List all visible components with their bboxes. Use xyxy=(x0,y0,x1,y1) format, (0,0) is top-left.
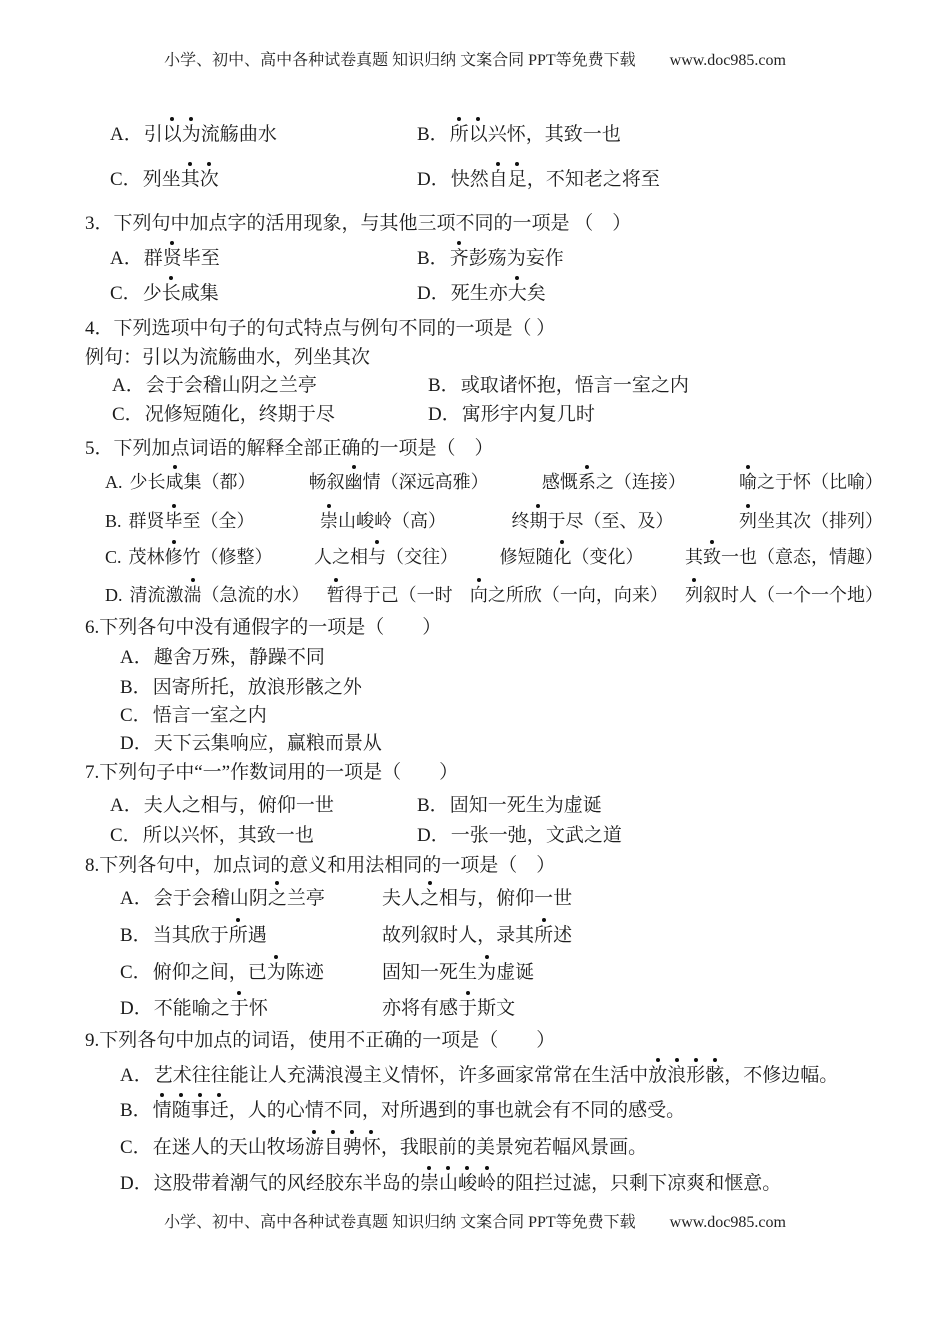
question-8-stem: 8.下列各句中，加点词的意义和用法相同的一项是（ ） xyxy=(85,853,555,880)
question-3-stem: 3．下列句中加点字的活用现象，与其他三项不同的一项是 （ ） xyxy=(85,211,631,238)
option-text: 寓形宇内复几时 xyxy=(462,404,595,425)
question-6-option-d: D．天下云集响应，赢粮而景从 xyxy=(120,731,382,758)
question-2-option-d: D．快然自足，不知老之将至 xyxy=(417,167,660,194)
question-7-option-a: A．夫人之相与，俯仰一世 xyxy=(110,793,334,820)
option-text: 故列叙时人，录其所述 xyxy=(382,925,572,946)
option-text: 群贤毕至 xyxy=(144,248,220,269)
question-8-option-d-right: 亦将有感于斯文 xyxy=(382,996,515,1023)
option-text: 悟言一室之内 xyxy=(153,705,267,726)
question-8-option-a-right: 夫人之相与，俯仰一世 xyxy=(382,886,572,913)
question-3-option-b: B．齐彭殇为妄作 xyxy=(417,246,564,273)
gloss-item: 终期于尽（至、及） xyxy=(511,509,673,534)
option-text: 所以兴怀，其致一也 xyxy=(450,124,621,145)
question-8-option-d-left: D．不能喻之于怀 xyxy=(120,996,268,1023)
gloss-item: 少长咸集（都） xyxy=(130,472,256,492)
option-text: 不能喻之于怀 xyxy=(154,998,268,1019)
page-header: 小学、初中、高中各种试卷真题 知识归纳 文案合同 PPT等免费下载www.doc… xyxy=(0,50,950,72)
option-text: 夫人之相与，俯仰一世 xyxy=(144,795,334,816)
option-text: 这股带着潮气的风经胶东半岛的崇山峻岭的阻拦过滤，只剩下凉爽和惬意。 xyxy=(154,1173,782,1194)
option-text: 一张一弛，文武之道 xyxy=(451,825,622,846)
question-3-option-c: C．少长咸集 xyxy=(110,281,219,308)
option-text: 齐彭殇为妄作 xyxy=(450,248,564,269)
gloss-item: 群贤毕至（全） xyxy=(129,511,255,531)
page-footer: 小学、初中、高中各种试卷真题 知识归纳 文案合同 PPT等免费下载www.doc… xyxy=(0,1212,950,1234)
gloss-item: 人之相与（交往） xyxy=(314,545,458,570)
question-5-stem: 5．下列加点词语的解释全部正确的一项是（ ） xyxy=(85,436,494,463)
question-6-option-b: B．因寄所托，放浪形骸之外 xyxy=(120,675,362,702)
question-7-option-c: C．所以兴怀，其致一也 xyxy=(110,823,314,850)
gloss-item: 其致一也（意态，情趣） xyxy=(685,545,883,570)
question-9-option-b: B．情随事迁，人的心情不同，对所遇到的事也就会有不同的感受。 xyxy=(120,1098,685,1125)
question-3-option-d: D．死生亦大矣 xyxy=(417,281,546,308)
gloss-item: 列叙时人（一个一个地） xyxy=(685,583,883,608)
question-2-option-b: B．所以兴怀，其致一也 xyxy=(417,122,621,149)
exam-page: 小学、初中、高中各种试卷真题 知识归纳 文案合同 PPT等免费下载www.doc… xyxy=(0,0,950,1344)
question-8-option-c-left: C．俯仰之间，已为陈迹 xyxy=(120,960,324,987)
question-9-option-a: A．艺术往往能让人充满浪漫主义情怀，许多画家常常在生活中放浪形骸，不修边幅。 xyxy=(120,1063,838,1090)
option-text: 天下云集响应，赢粮而景从 xyxy=(154,733,382,754)
gloss-item: 畅叙幽情（深远高雅） xyxy=(309,470,489,495)
question-8-option-b-right: 故列叙时人，录其所述 xyxy=(382,923,572,950)
gloss-item: 清流激湍（急流的水） xyxy=(130,585,310,605)
option-text: 会于会稽山阴之兰亭 xyxy=(154,888,325,909)
question-2-option-c: C．列坐其次 xyxy=(110,167,219,194)
question-9-stem: 9.下列各句中加点的词语，使用不正确的一项是（ ） xyxy=(85,1028,555,1055)
option-text: 趣舍万殊，静躁不同 xyxy=(154,647,325,668)
option-text: 因寄所托，放浪形骸之外 xyxy=(153,677,362,698)
question-6-stem: 6.下列各句中没有通假字的一项是（ ） xyxy=(85,615,441,642)
question-3-option-a: A．群贤毕至 xyxy=(110,246,220,273)
option-text: 死生亦大矣 xyxy=(451,283,546,304)
option-text: 在迷人的天山牧场游目骋怀，我眼前的美景宛若幅风景画。 xyxy=(153,1137,647,1158)
question-8-option-c-right: 固知一死生为虚诞 xyxy=(382,960,534,987)
question-7-option-b: B．固知一死生为虚诞 xyxy=(417,793,602,820)
option-text: 固知一死生为虚诞 xyxy=(382,962,534,983)
option-text: 会于会稽山阴之兰亭 xyxy=(146,375,317,396)
option-text: 艺术往往能让人充满浪漫主义情怀，许多画家常常在生活中放浪形骸，不修边幅。 xyxy=(154,1065,839,1086)
option-text: 引以为流觞曲水 xyxy=(144,124,277,145)
header-text: 小学、初中、高中各种试卷真题 知识归纳 文案合同 PPT等免费下载 xyxy=(164,52,636,69)
option-text: 当其欣于所遇 xyxy=(153,925,267,946)
question-8-option-b-left: B．当其欣于所遇 xyxy=(120,923,267,950)
question-7-option-d: D．一张一弛，文武之道 xyxy=(417,823,622,850)
footer-url-link[interactable]: www.doc985.com xyxy=(670,1214,786,1231)
question-4-stem: 4．下列选项中句子的句式特点与例句不同的一项是（ ） xyxy=(85,316,555,343)
gloss-item: 修短随化（变化） xyxy=(499,545,643,570)
question-9-option-d: D．这股带着潮气的风经胶东半岛的崇山峻岭的阻拦过滤，只剩下凉爽和惬意。 xyxy=(120,1171,781,1198)
option-text: 亦将有感于斯文 xyxy=(382,998,515,1019)
option-text: 况修短随化，终期于尽 xyxy=(145,404,335,425)
question-4-option-a: A．会于会稽山阴之兰亭 xyxy=(112,373,317,400)
question-4-option-d: D．寓形宇内复几时 xyxy=(428,402,595,429)
gloss-item: 崇山峻岭（高） xyxy=(320,509,446,534)
question-7-stem: 7.下列句子中“一”作数词用的一项是（ ） xyxy=(85,760,458,787)
question-5-option-a: A.少长咸集（都） 畅叙幽情（深远高雅） 感慨系之（连接） 喻之于怀（比喻） xyxy=(105,470,883,495)
option-text: 情随事迁，人的心情不同，对所遇到的事也就会有不同的感受。 xyxy=(153,1100,685,1121)
option-text: 列坐其次 xyxy=(143,169,219,190)
option-text: 或取诸怀抱，悟言一室之内 xyxy=(461,375,689,396)
option-text: 快然自足，不知老之将至 xyxy=(451,169,660,190)
question-6-option-a: A．趣舍万殊，静躁不同 xyxy=(120,645,325,672)
question-8-option-a-left: A．会于会稽山阴之兰亭 xyxy=(120,886,325,913)
footer-text: 小学、初中、高中各种试卷真题 知识归纳 文案合同 PPT等免费下载 xyxy=(164,1214,636,1231)
gloss-item: 列坐其次（排列） xyxy=(739,509,883,534)
gloss-item: 喻之于怀（比喻） xyxy=(739,470,883,495)
question-4-option-c: C．况修短随化，终期于尽 xyxy=(112,402,335,429)
option-text: 少长咸集 xyxy=(143,283,219,304)
question-5-option-d: D.清流激湍（急流的水） 暂得于己（一时 向之所欣（一向，向来） 列叙时人（一个… xyxy=(105,583,883,608)
question-5-option-c: C.茂林修竹（修整） 人之相与（交往） 修短随化（变化） 其致一也（意态，情趣） xyxy=(105,545,883,570)
question-6-option-c: C．悟言一室之内 xyxy=(120,703,267,730)
option-text: 俯仰之间，已为陈迹 xyxy=(153,962,324,983)
question-4-example: 例句：引以为流觞曲水，列坐其次 xyxy=(85,345,370,372)
question-9-option-c: C．在迷人的天山牧场游目骋怀，我眼前的美景宛若幅风景画。 xyxy=(120,1135,647,1162)
header-url-link[interactable]: www.doc985.com xyxy=(670,52,786,69)
question-2-option-a: A．引以为流觞曲水 xyxy=(110,122,277,149)
gloss-item: 茂林修竹（修整） xyxy=(129,547,273,567)
option-text: 固知一死生为虚诞 xyxy=(450,795,602,816)
gloss-item: 暂得于己（一时 xyxy=(327,583,453,608)
option-text: 所以兴怀，其致一也 xyxy=(143,825,314,846)
question-4-option-b: B．或取诸怀抱，悟言一室之内 xyxy=(428,373,689,400)
question-5-option-b: B.群贤毕至（全） 崇山峻岭（高） 终期于尽（至、及） 列坐其次（排列） xyxy=(105,509,883,534)
gloss-item: 感慨系之（连接） xyxy=(542,470,686,495)
option-text: 夫人之相与，俯仰一世 xyxy=(382,888,572,909)
gloss-item: 向之所欣（一向，向来） xyxy=(470,583,668,608)
